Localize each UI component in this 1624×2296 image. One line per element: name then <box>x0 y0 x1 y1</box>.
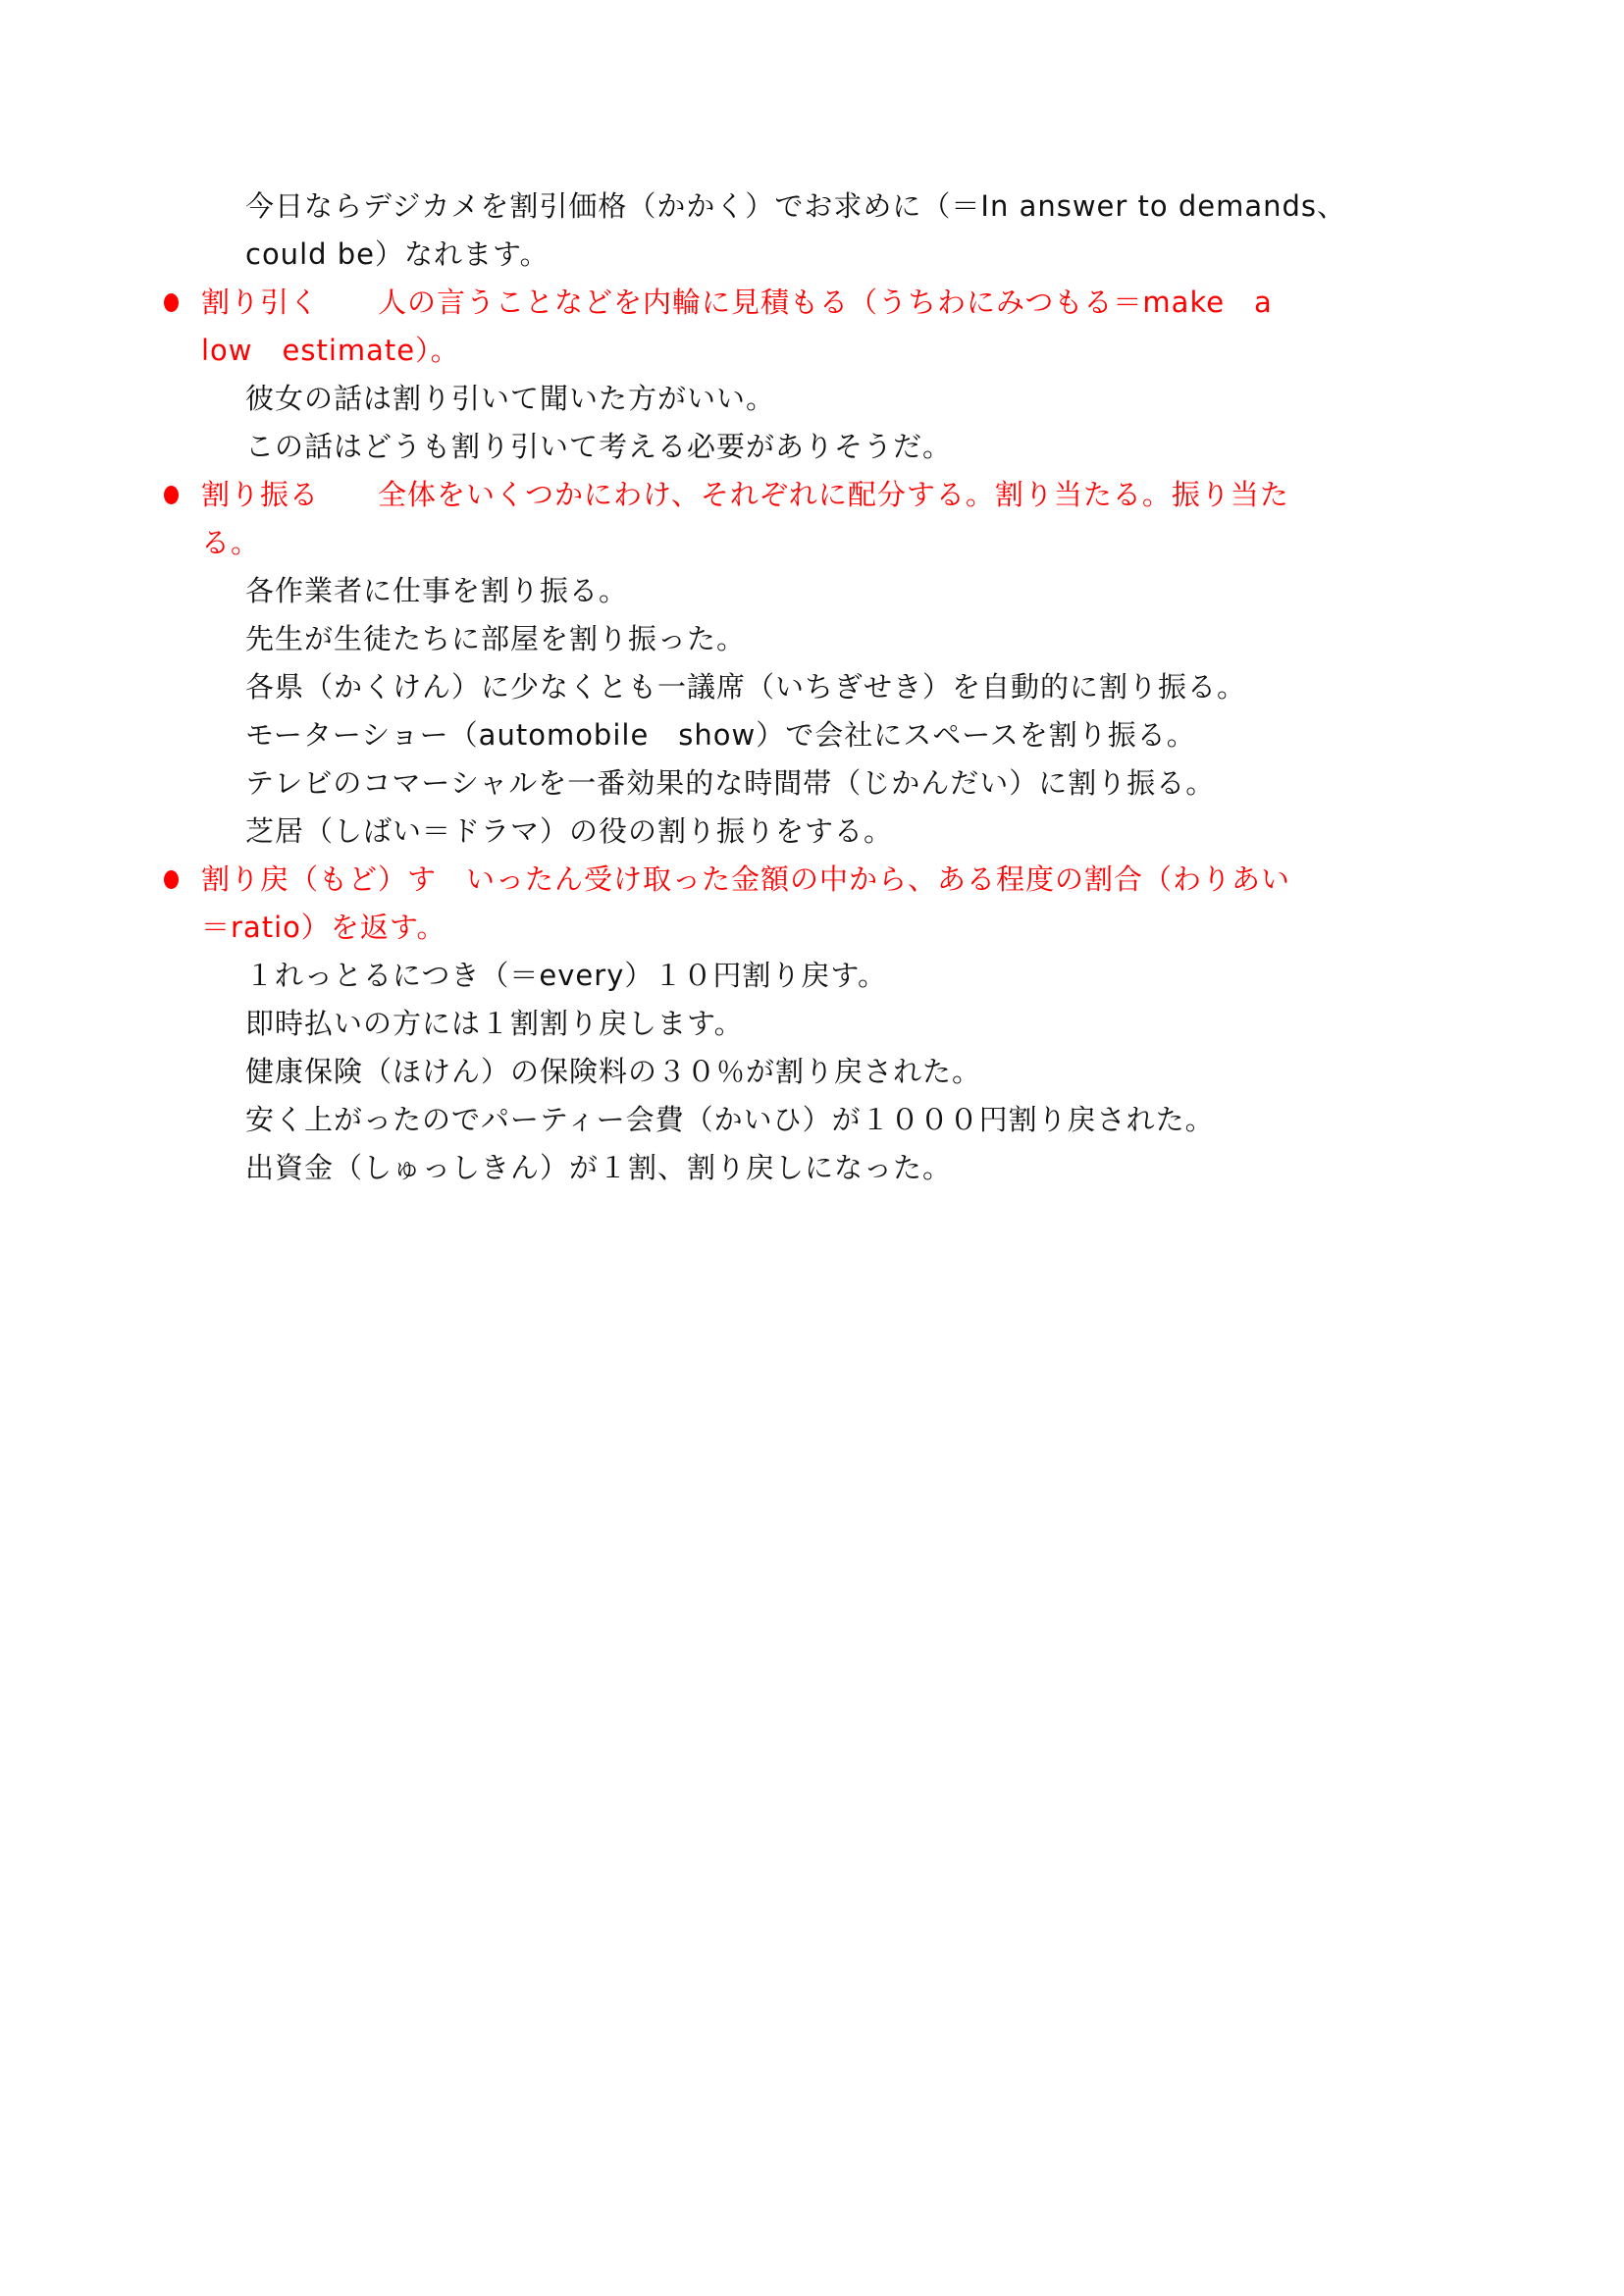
line-text: 健康保険（ほけん）の保険料の３０％が割り戻された。 <box>245 1055 981 1088</box>
line-text: この話はどうも割り引いて考える必要がありそうだ。 <box>245 430 952 463</box>
document-line: 安く上がったのでパーティー会費（かいひ）が１０００円割り戻された。 <box>0 1096 1624 1144</box>
line-text: モーターショー（automobile show）で会社にスペースを割り振る。 <box>245 718 1196 752</box>
bullet-icon <box>164 870 179 889</box>
document-line: 先生が生徒たちに部屋を割り振った。 <box>0 615 1624 663</box>
document-line: 彼女の話は割り引いて聞いた方がいい。 <box>0 375 1624 423</box>
line-text: 各作業者に仕事を割り振る。 <box>245 574 628 607</box>
document-line: 各作業者に仕事を割り振る。 <box>0 567 1624 615</box>
document-line: 即時払いの方には１割割り戻します。 <box>0 1000 1624 1048</box>
line-text: could be）なれます。 <box>245 237 550 271</box>
bullet-icon <box>164 486 179 504</box>
term-entry-line: 割り戻（もど）す いったん受け取った金額の中から、ある程度の割合（わりあい <box>0 856 1624 904</box>
line-text: る。 <box>201 526 260 559</box>
document-line: る。 <box>0 519 1624 567</box>
line-text: 割り戻（もど）す いったん受け取った金額の中から、ある程度の割合（わりあい <box>201 862 1290 896</box>
term-entry-line: 割り引く 人の言うことなどを内輪に見積もる（うちわにみつもる＝make a <box>0 279 1624 327</box>
document-line: could be）なれます。 <box>0 231 1624 279</box>
term-entry-line: 割り振る 全体をいくつかにわけ、それぞれに配分する。割り当たる。振り当た <box>0 471 1624 519</box>
line-text: 即時払いの方には１割割り戻します。 <box>245 1007 744 1040</box>
document-line: ＝ratio）を返す。 <box>0 904 1624 952</box>
line-text: テレビのコマーシャルを一番効果的な時間帯（じかんだい）に割り振る。 <box>245 766 1215 800</box>
document-page: 今日ならデジカメを割引価格（かかく）でお求めに（＝In answer to de… <box>0 183 1624 2296</box>
document-line: モーターショー（automobile show）で会社にスペースを割り振る。 <box>0 711 1624 759</box>
line-text: ＝ratio）を返す。 <box>201 911 446 944</box>
document-line: 出資金（しゅっしきん）が１割、割り戻しになった。 <box>0 1144 1624 1192</box>
document-line: 今日ならデジカメを割引価格（かかく）でお求めに（＝In answer to de… <box>0 183 1624 231</box>
line-text: low estimate）。 <box>201 334 460 367</box>
line-text: 先生が生徒たちに部屋を割り振った。 <box>245 622 746 655</box>
bullet-icon <box>164 293 179 312</box>
document-line: 健康保険（ほけん）の保険料の３０％が割り戻された。 <box>0 1048 1624 1096</box>
line-text: 割り振る 全体をいくつかにわけ、それぞれに配分する。割り当たる。振り当た <box>201 478 1289 511</box>
document-line: 芝居（しばい＝ドラマ）の役の割り振りをする。 <box>0 808 1624 856</box>
document-line: 各県（かくけん）に少なくとも一議席（いちぎせき）を自動的に割り振る。 <box>0 663 1624 711</box>
line-text: 彼女の話は割り引いて聞いた方がいい。 <box>245 382 775 415</box>
line-text: 安く上がったのでパーティー会費（かいひ）が１０００円割り戻された。 <box>245 1103 1215 1136</box>
document-line: テレビのコマーシャルを一番効果的な時間帯（じかんだい）に割り振る。 <box>0 759 1624 808</box>
document-line: low estimate）。 <box>0 327 1624 375</box>
line-text: 芝居（しばい＝ドラマ）の役の割り振りをする。 <box>245 814 893 848</box>
line-text: １れっとるにつき（＝every）１０円割り戻す。 <box>245 959 887 992</box>
line-text: 今日ならデジカメを割引価格（かかく）でお求めに（＝In answer to de… <box>245 189 1346 223</box>
document-line: この話はどうも割り引いて考える必要がありそうだ。 <box>0 423 1624 471</box>
line-text: 割り引く 人の言うことなどを内輪に見積もる（うちわにみつもる＝make a <box>201 286 1273 319</box>
line-text: 各県（かくけん）に少なくとも一議席（いちぎせき）を自動的に割り振る。 <box>245 670 1246 704</box>
line-text: 出資金（しゅっしきん）が１割、割り戻しになった。 <box>245 1151 952 1184</box>
document-line: １れっとるにつき（＝every）１０円割り戻す。 <box>0 952 1624 1000</box>
